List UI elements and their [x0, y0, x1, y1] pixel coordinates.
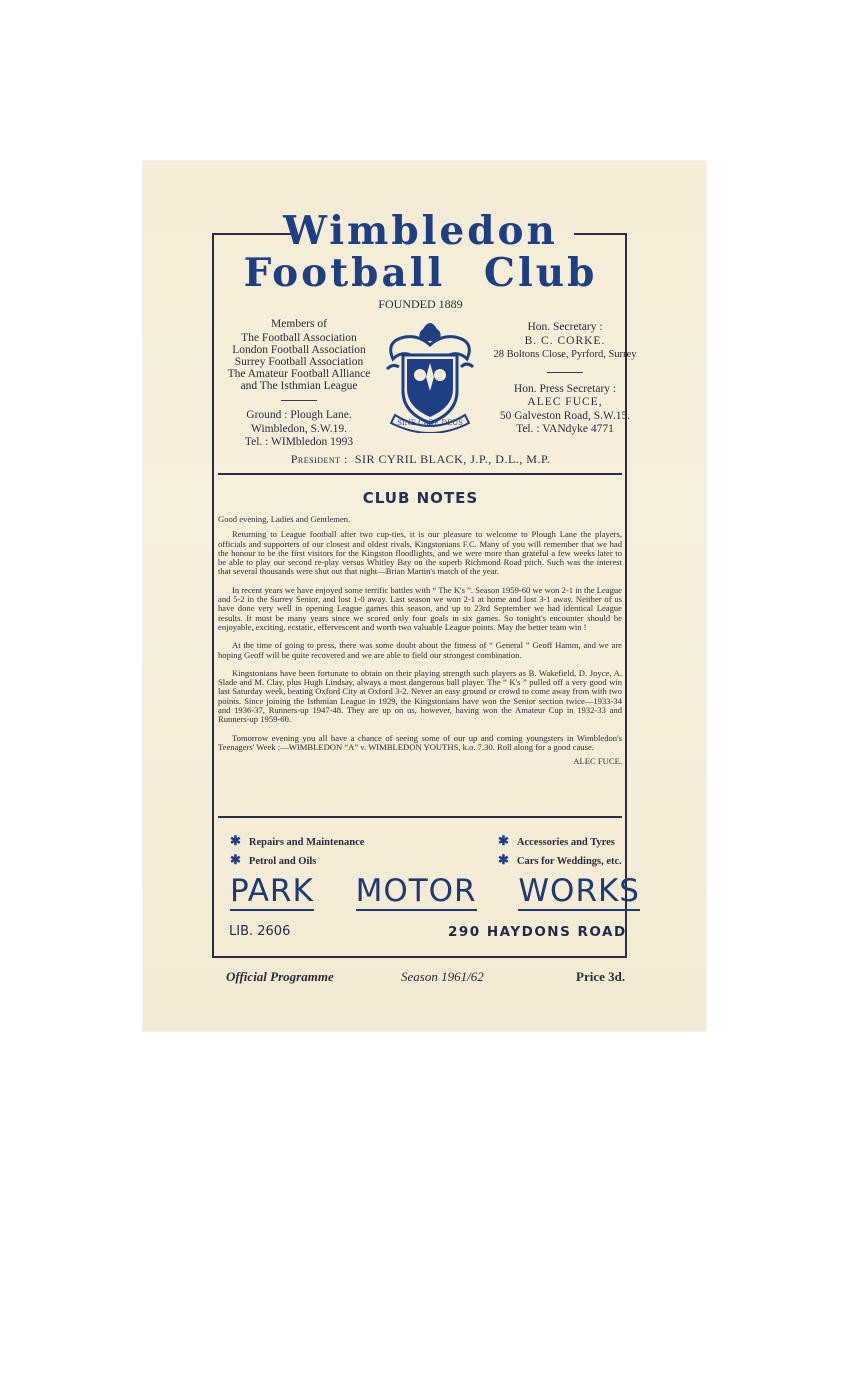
officials-block: Hon. Secretary : B. C. CORKE. 28 Boltons…	[480, 321, 650, 437]
asterisk-icon: ✱	[498, 852, 509, 867]
club-title-line1: Wimbledon	[212, 208, 629, 254]
member-association: The Amateur Football Alliance	[214, 368, 384, 380]
members-block: Members of The Football Association Lond…	[214, 318, 384, 450]
president-name: SIR CYRIL BLACK, J.P., D.L., M.P.	[355, 452, 550, 466]
ground-address: Wimbledon, S.W.19.	[214, 423, 384, 437]
members-heading: Members of	[214, 318, 384, 330]
advert-business-name: PARK MOTOR WORKS	[230, 875, 640, 911]
secretary-name: B. C. CORKE.	[480, 335, 650, 349]
ground-telephone: Tel. : WIMbledon 1993	[214, 436, 384, 450]
divider	[281, 400, 317, 401]
club-crest-icon: SINE CADE DEUS	[385, 315, 475, 433]
svg-text:SINE CADE DEUS: SINE CADE DEUS	[397, 419, 463, 427]
advert-feature: ✱Petrol and Oils	[230, 852, 316, 868]
advert-address: 290 HAYDONS ROAD	[448, 924, 627, 940]
press-secretary-telephone: Tel. : VANdyke 4771	[480, 423, 650, 437]
asterisk-icon: ✱	[230, 833, 241, 848]
section-divider	[218, 473, 622, 475]
footer-season: Season 1961/62	[401, 969, 484, 985]
member-association: London Football Association	[214, 344, 384, 356]
notes-paragraph: Kingstonians have been fortunate to obta…	[218, 669, 622, 725]
advert-name-word: MOTOR	[356, 875, 477, 911]
notes-paragraph: Tomorrow evening you all have a chance o…	[218, 734, 622, 753]
member-association: The Football Association	[214, 332, 384, 344]
member-association: and The Isthmian League	[214, 380, 384, 392]
club-notes-body: Good evening, Ladies and Gentlemen. Retu…	[218, 515, 622, 767]
press-secretary-label: Hon. Press Secretary :	[480, 383, 650, 397]
member-association: Surrey Football Association	[214, 356, 384, 368]
advert-feature: ✱Accessories and Tyres	[498, 833, 615, 849]
founded-year: FOUNDED 1889	[212, 297, 629, 312]
notes-paragraph: Returning to League football after two c…	[218, 530, 622, 576]
club-notes-heading: CLUB NOTES	[212, 489, 629, 507]
press-secretary-address: 50 Galveston Road, S.W.15.	[480, 410, 650, 424]
president-line: President : SIR CYRIL BLACK, J.P., D.L.,…	[212, 452, 629, 467]
advert-feature: ✱Cars for Weddings, etc.	[498, 852, 622, 868]
press-secretary-name: ALEC FUCE,	[480, 396, 650, 410]
notes-paragraph: At the time of going to press, there was…	[218, 641, 622, 660]
asterisk-icon: ✱	[498, 833, 509, 848]
club-title-line2: Football Club	[212, 250, 629, 296]
advert-feature: ✱Repairs and Maintenance	[230, 833, 364, 849]
footer-programme-label: Official Programme	[226, 969, 334, 985]
section-divider	[218, 816, 622, 818]
divider	[547, 372, 583, 373]
advert-phone: LIB. 2606	[229, 924, 290, 939]
notes-greeting: Good evening, Ladies and Gentlemen.	[218, 515, 622, 524]
advert-name-word: PARK	[230, 875, 314, 911]
secretary-address: 28 Boltons Close, Pyrford, Surrey	[480, 348, 650, 362]
president-label: President :	[291, 452, 348, 466]
notes-signature: ALEC FUCE.	[218, 757, 622, 766]
ground-name: Ground : Plough Lane.	[214, 409, 384, 423]
notes-paragraph: In recent years we have enjoyed some ter…	[218, 586, 622, 632]
advert-name-word: WORKS	[518, 875, 640, 911]
secretary-label: Hon. Secretary :	[480, 321, 650, 335]
ground-block: Ground : Plough Lane. Wimbledon, S.W.19.…	[214, 409, 384, 450]
footer-price: Price 3d.	[576, 969, 625, 985]
asterisk-icon: ✱	[230, 852, 241, 867]
